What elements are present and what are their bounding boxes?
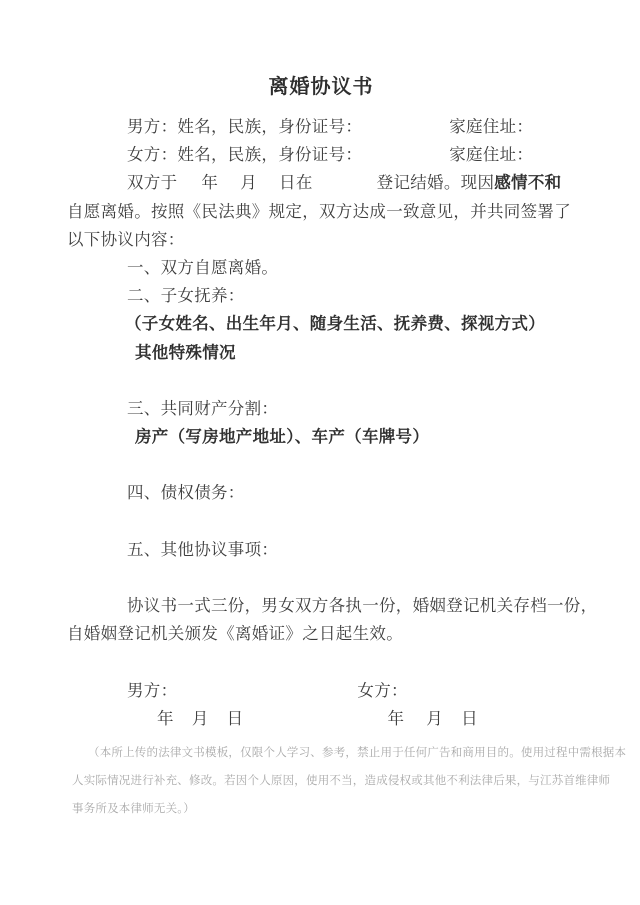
signature-row: 男方：女方： bbox=[67, 677, 575, 705]
blank-line bbox=[67, 564, 575, 592]
closing-line-2: 自婚姻登记机关颁发《离婚证》之日起生效。 bbox=[67, 620, 575, 648]
document-page: 离婚协议书 男方：姓名，民族，身份证号：家庭住址： 女方：姓名，民族，身份证号：… bbox=[0, 0, 640, 905]
party-female-info: 女方：姓名，民族，身份证号： bbox=[127, 145, 362, 164]
clause-1: 一、双方自愿离婚。 bbox=[67, 254, 575, 282]
party-female-address-label: 家庭住址： bbox=[449, 145, 533, 164]
date-month-female: 月 bbox=[426, 709, 443, 728]
marriage-pre-text: 双方于 bbox=[127, 173, 177, 192]
date-day-male: 日 bbox=[227, 709, 244, 728]
date-row: 年月日年月日 bbox=[67, 705, 575, 733]
marriage-day-label: 日在 bbox=[279, 173, 313, 192]
blank-line bbox=[67, 508, 575, 536]
marriage-month-label: 月 bbox=[240, 173, 257, 192]
party-female-line: 女方：姓名，民族，身份证号：家庭住址： bbox=[67, 141, 575, 169]
clause-2: 二、子女抚养： bbox=[67, 282, 575, 310]
clause-2-note: （子女姓名、出生年月、随身生活、抚养费、探视方式） bbox=[67, 310, 575, 338]
marriage-mid-text: 登记结婚。现因 bbox=[377, 173, 495, 192]
date-day-female: 日 bbox=[461, 709, 478, 728]
marriage-year-label: 年 bbox=[201, 173, 218, 192]
blank-line bbox=[67, 649, 575, 677]
disclaimer-footer: （本所上传的法律文书模板，仅限个人学习、参考，禁止用于任何广告和商用目的。使用过… bbox=[67, 739, 575, 823]
disclaimer-line-3: 事务所及本律师无关。） bbox=[72, 795, 575, 823]
intro-line-2: 自愿离婚。按照《民法典》规定，双方达成一致意见，并共同签署了 bbox=[67, 198, 575, 226]
date-year-female: 年 bbox=[387, 709, 404, 728]
marriage-date-line: 双方于年月日在登记结婚。现因感情不和 bbox=[67, 169, 575, 197]
marriage-reason-emphasis: 感情不和 bbox=[494, 173, 561, 192]
document-title: 离婚协议书 bbox=[67, 0, 575, 102]
closing-line-1: 协议书一式三份，男女双方各执一份，婚姻登记机关存档一份， bbox=[67, 592, 575, 620]
signature-male-label: 男方： bbox=[127, 681, 177, 700]
date-month-male: 月 bbox=[192, 709, 209, 728]
blank-line bbox=[67, 451, 575, 479]
blank-line bbox=[67, 367, 575, 395]
intro-line-3: 以下协议内容： bbox=[67, 226, 575, 254]
clause-5: 五、其他协议事项： bbox=[67, 536, 575, 564]
clause-3-note: 房产（写房地产地址）、车产（车牌号） bbox=[67, 423, 575, 451]
party-male-line: 男方：姓名，民族，身份证号：家庭住址： bbox=[67, 113, 575, 141]
disclaimer-line-1: （本所上传的法律文书模板，仅限个人学习、参考，禁止用于任何广告和商用目的。使用过… bbox=[72, 739, 575, 767]
party-male-address-label: 家庭住址： bbox=[449, 117, 533, 136]
clause-4: 四、债权债务： bbox=[67, 479, 575, 507]
clause-3: 三、共同财产分割： bbox=[67, 395, 575, 423]
clause-2-other: 其他特殊情况 bbox=[67, 339, 575, 367]
signature-female-label: 女方： bbox=[357, 681, 407, 700]
disclaimer-line-2: 人实际情况进行补充、修改。若因个人原因，使用不当，造成侵权或其他不利法律后果，与… bbox=[72, 767, 575, 795]
date-year-male: 年 bbox=[157, 709, 174, 728]
document-body: 男方：姓名，民族，身份证号：家庭住址： 女方：姓名，民族，身份证号：家庭住址： … bbox=[67, 113, 575, 733]
party-male-info: 男方：姓名，民族，身份证号： bbox=[127, 117, 362, 136]
